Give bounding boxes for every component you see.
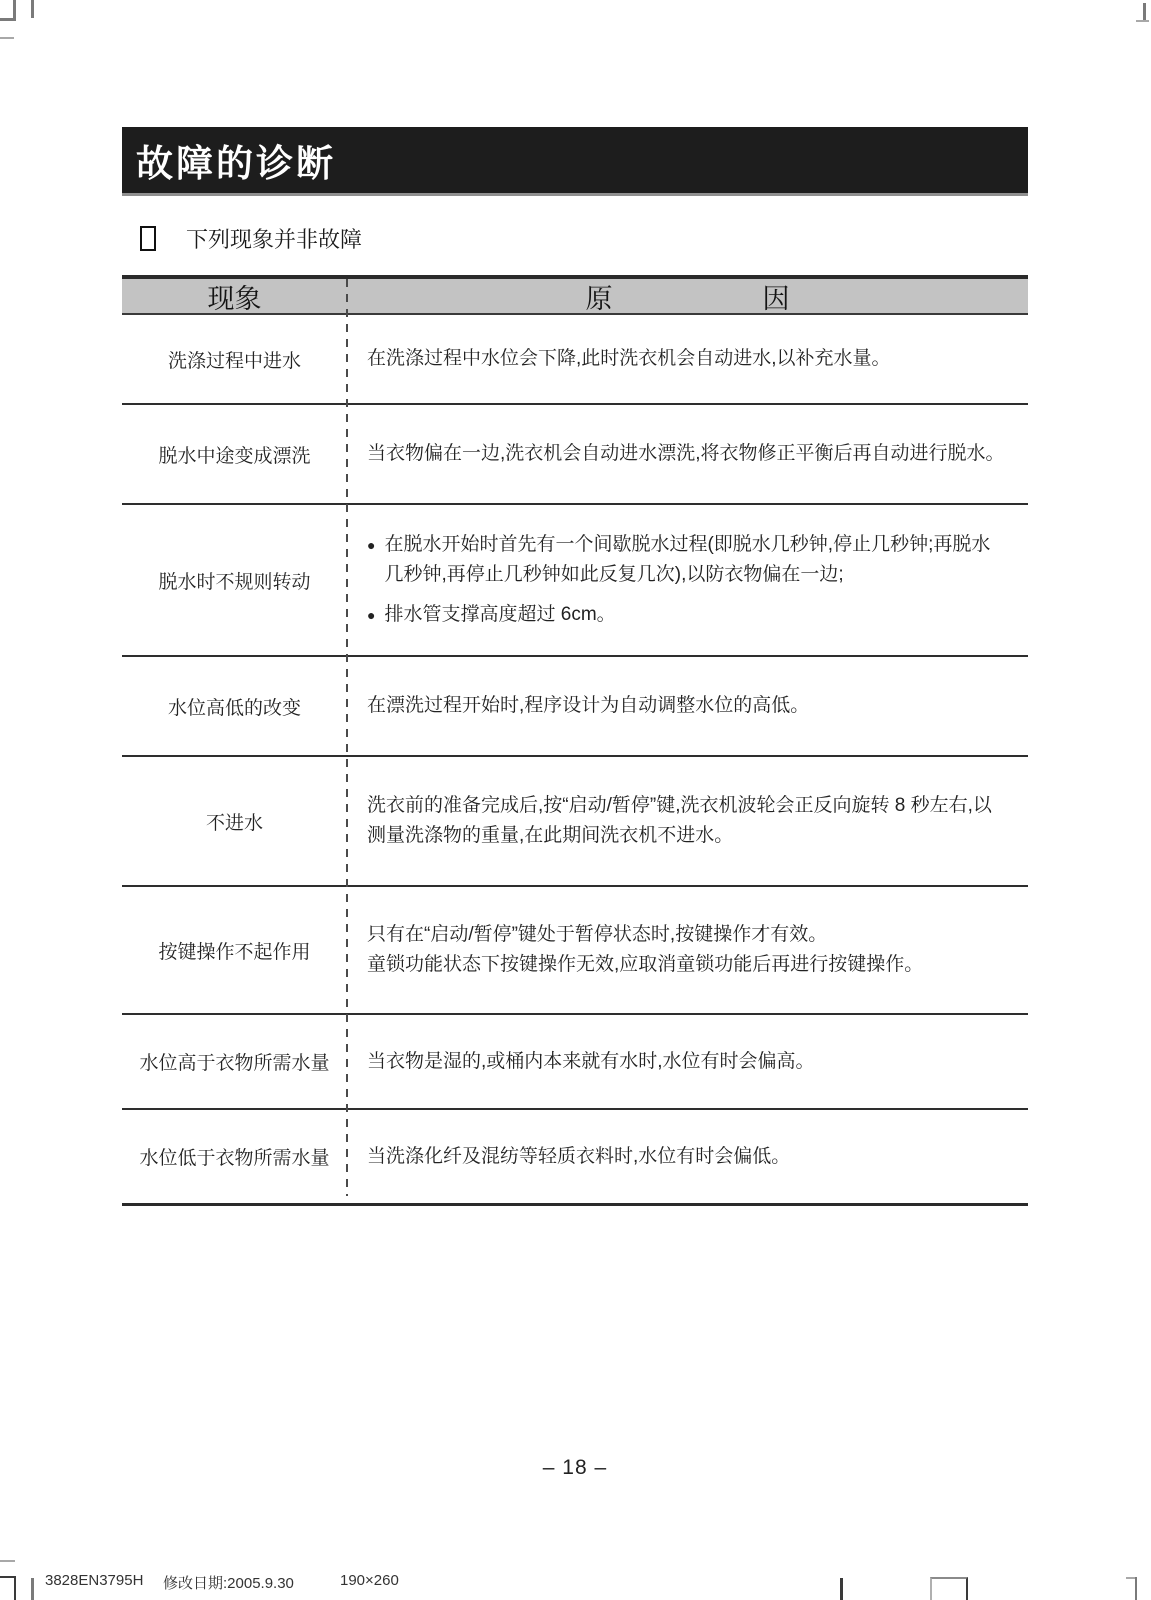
cause-text: 当洗涤化纤及混纺等轻质衣料时,水位有时会偏低。 <box>367 1146 790 1167</box>
table-row: 洗涤过程中进水 在洗涤过程中水位会下降,此时洗衣机会自动进水,以补充水量。 <box>122 315 1028 403</box>
section-title-bar: 故障的诊断 <box>122 127 1028 196</box>
column-header-cause: 原 因 <box>347 279 1028 313</box>
cause-header-char: 因 <box>763 277 790 316</box>
crop-mark <box>1143 3 1146 21</box>
page-number: – 18 – <box>122 1456 1028 1480</box>
cause-cell: 在洗涤过程中水位会下降,此时洗衣机会自动进水,以补充水量。 <box>347 315 1028 403</box>
cause-text: 在脱水开始时首先有一个间歇脱水过程(即脱水几秒钟,停止几秒钟;再脱水几秒钟,再停… <box>384 530 1008 590</box>
cause-cell: 当洗涤化纤及混纺等轻质衣料时,水位有时会偏低。 <box>347 1110 1028 1203</box>
revision-date: 修改日期:2005.9.30 <box>163 1572 294 1593</box>
table-row: 脱水时不规则转动 ●在脱水开始时首先有一个间歇脱水过程(即脱水几秒钟,停止几秒钟… <box>122 503 1028 655</box>
bullet-icon: ● <box>367 600 375 630</box>
manual-page: 故障的诊断 下列现象并非故障 现象 原 因 洗涤过程中进水 在洗涤过程中水位会下… <box>0 0 1151 1600</box>
subtitle-row: 下列现象并非故障 <box>122 224 1028 252</box>
cause-line: ●在脱水开始时首先有一个间歇脱水过程(即脱水几秒钟,停止几秒钟;再脱水几秒钟,再… <box>367 530 1008 590</box>
troubleshooting-table: 现象 原 因 洗涤过程中进水 在洗涤过程中水位会下降,此时洗衣机会自动进水,以补… <box>122 275 1028 1206</box>
cause-line: ●排水管支撑高度超过 6cm。 <box>367 600 1008 630</box>
cause-cell: 当衣物偏在一边,洗衣机会自动进水漂洗,将衣物修正平衡后再自动进行脱水。 <box>347 405 1028 503</box>
page-title: 故障的诊断 <box>136 133 336 187</box>
phenomenon-cell: 水位高低的改变 <box>122 657 347 755</box>
phenomenon-cell: 脱水时不规则转动 <box>122 505 347 655</box>
column-header-phenomenon: 现象 <box>122 279 347 313</box>
table-row: 水位高低的改变 在漂洗过程开始时,程序设计为自动调整水位的高低。 <box>122 655 1028 755</box>
crop-mark <box>0 1560 15 1562</box>
table-row: 水位高于衣物所需水量 当衣物是湿的,或桶内本来就有水时,水位有时会偏高。 <box>122 1013 1028 1108</box>
print-footer: 3828EN3795H 修改日期:2005.9.30 190×260 <box>0 1572 1151 1596</box>
table-body: 洗涤过程中进水 在洗涤过程中水位会下降,此时洗衣机会自动进水,以补充水量。 脱水… <box>122 315 1028 1203</box>
cause-text: 当衣物是湿的,或桶内本来就有水时,水位有时会偏高。 <box>367 1051 815 1072</box>
square-bullet-icon <box>140 226 156 251</box>
cause-cell: 当衣物是湿的,或桶内本来就有水时,水位有时会偏高。 <box>347 1015 1028 1108</box>
column-divider <box>346 279 348 1196</box>
page-content: 故障的诊断 下列现象并非故障 现象 原 因 洗涤过程中进水 在洗涤过程中水位会下… <box>122 0 1028 1480</box>
cause-line: 只有在“启动/暂停”键处于暂停状态时,按键操作才有效。 <box>367 920 1008 950</box>
crop-mark <box>0 37 14 39</box>
table-row: 水位低于衣物所需水量 当洗涤化纤及混纺等轻质衣料时,水位有时会偏低。 <box>122 1108 1028 1203</box>
cause-header-char: 原 <box>586 277 613 316</box>
cause-text: 当衣物偏在一边,洗衣机会自动进水漂洗,将衣物修正平衡后再自动进行脱水。 <box>367 443 1005 464</box>
subtitle: 下列现象并非故障 <box>186 223 362 254</box>
cause-line: 洗衣前的准备完成后,按“启动/暂停”键,洗衣机波轮会正反向旋转 8 秒左右,以测… <box>367 791 1008 851</box>
cause-cell: 在漂洗过程开始时,程序设计为自动调整水位的高低。 <box>347 657 1028 755</box>
cause-cell: 洗衣前的准备完成后,按“启动/暂停”键,洗衣机波轮会正反向旋转 8 秒左右,以测… <box>347 757 1028 885</box>
doc-code: 3828EN3795H <box>45 1572 143 1589</box>
phenomenon-cell: 不进水 <box>122 757 347 885</box>
table-row: 脱水中途变成漂洗 当衣物偏在一边,洗衣机会自动进水漂洗,将衣物修正平衡后再自动进… <box>122 403 1028 503</box>
cause-cell: 只有在“启动/暂停”键处于暂停状态时,按键操作才有效。童锁功能状态下按键操作无效… <box>347 887 1028 1013</box>
table-row: 不进水 洗衣前的准备完成后,按“启动/暂停”键,洗衣机波轮会正反向旋转 8 秒左… <box>122 755 1028 885</box>
phenomenon-cell: 脱水中途变成漂洗 <box>122 405 347 503</box>
phenomenon-cell: 水位高于衣物所需水量 <box>122 1015 347 1108</box>
phenomenon-cell: 按键操作不起作用 <box>122 887 347 1013</box>
cause-text: 洗衣前的准备完成后,按“启动/暂停”键,洗衣机波轮会正反向旋转 8 秒左右,以测… <box>367 795 992 846</box>
bullet-icon: ● <box>367 530 375 590</box>
crop-mark <box>1136 20 1149 22</box>
cause-line: 在漂洗过程开始时,程序设计为自动调整水位的高低。 <box>367 691 1008 721</box>
cause-text: 排水管支撑高度超过 6cm。 <box>384 600 615 630</box>
table-row: 按键操作不起作用 只有在“启动/暂停”键处于暂停状态时,按键操作才有效。童锁功能… <box>122 885 1028 1013</box>
cause-line: 当衣物是湿的,或桶内本来就有水时,水位有时会偏高。 <box>367 1047 1008 1077</box>
crop-mark <box>0 18 16 21</box>
cause-line: 在洗涤过程中水位会下降,此时洗衣机会自动进水,以补充水量。 <box>367 344 1008 374</box>
cause-line: 当洗涤化纤及混纺等轻质衣料时,水位有时会偏低。 <box>367 1142 1008 1172</box>
phenomenon-cell: 洗涤过程中进水 <box>122 315 347 403</box>
table-header-row: 现象 原 因 <box>122 279 1028 315</box>
cause-text: 在洗涤过程中水位会下降,此时洗衣机会自动进水,以补充水量。 <box>367 348 891 369</box>
cause-cell: ●在脱水开始时首先有一个间歇脱水过程(即脱水几秒钟,停止几秒钟;再脱水几秒钟,再… <box>347 505 1028 655</box>
crop-mark <box>31 0 34 18</box>
cause-line: 童锁功能状态下按键操作无效,应取消童锁功能后再进行按键操作。 <box>367 950 1008 980</box>
phenomenon-cell: 水位低于衣物所需水量 <box>122 1110 347 1203</box>
cause-line: 当衣物偏在一边,洗衣机会自动进水漂洗,将衣物修正平衡后再自动进行脱水。 <box>367 439 1008 469</box>
cause-text: 只有在“启动/暂停”键处于暂停状态时,按键操作才有效。 <box>367 924 827 945</box>
cause-text: 在漂洗过程开始时,程序设计为自动调整水位的高低。 <box>367 695 809 716</box>
paper-size: 190×260 <box>340 1572 399 1589</box>
cause-text: 童锁功能状态下按键操作无效,应取消童锁功能后再进行按键操作。 <box>367 954 923 975</box>
